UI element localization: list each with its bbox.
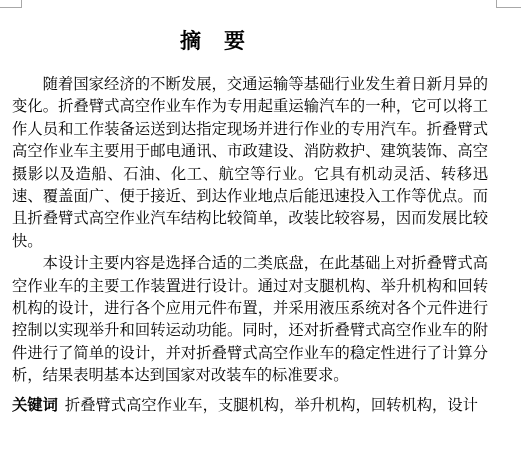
keywords-text: 折叠臂式高空作业车，支腿机构，举升机构，回转机构，设计 [65, 397, 478, 414]
keywords-line: 关键词折叠臂式高空作业车，支腿机构，举升机构，回转机构，设计 [12, 395, 488, 417]
abstract-title: 摘 要 [0, 29, 451, 53]
text-boundary-mark-top-right [496, 0, 521, 8]
abstract-paragraph-2: 本设计主要内容是选择合适的二类底盘，在此基础上对折叠臂式高空作业车的主要工作装置… [12, 253, 488, 387]
abstract-content: 摘 要 随着国家经济的不断发展，交通运输等基础行业发生着日新月异的变化。折叠臂式… [12, 0, 488, 417]
abstract-body: 随着国家经济的不断发展，交通运输等基础行业发生着日新月异的变化。折叠臂式高空作业… [12, 74, 488, 388]
abstract-paragraph-1: 随着国家经济的不断发展，交通运输等基础行业发生着日新月异的变化。折叠臂式高空作业… [12, 74, 488, 253]
keywords-label: 关键词 [12, 397, 58, 414]
document-page: 摘 要 随着国家经济的不断发展，交通运输等基础行业发生着日新月异的变化。折叠臂式… [0, 0, 526, 450]
